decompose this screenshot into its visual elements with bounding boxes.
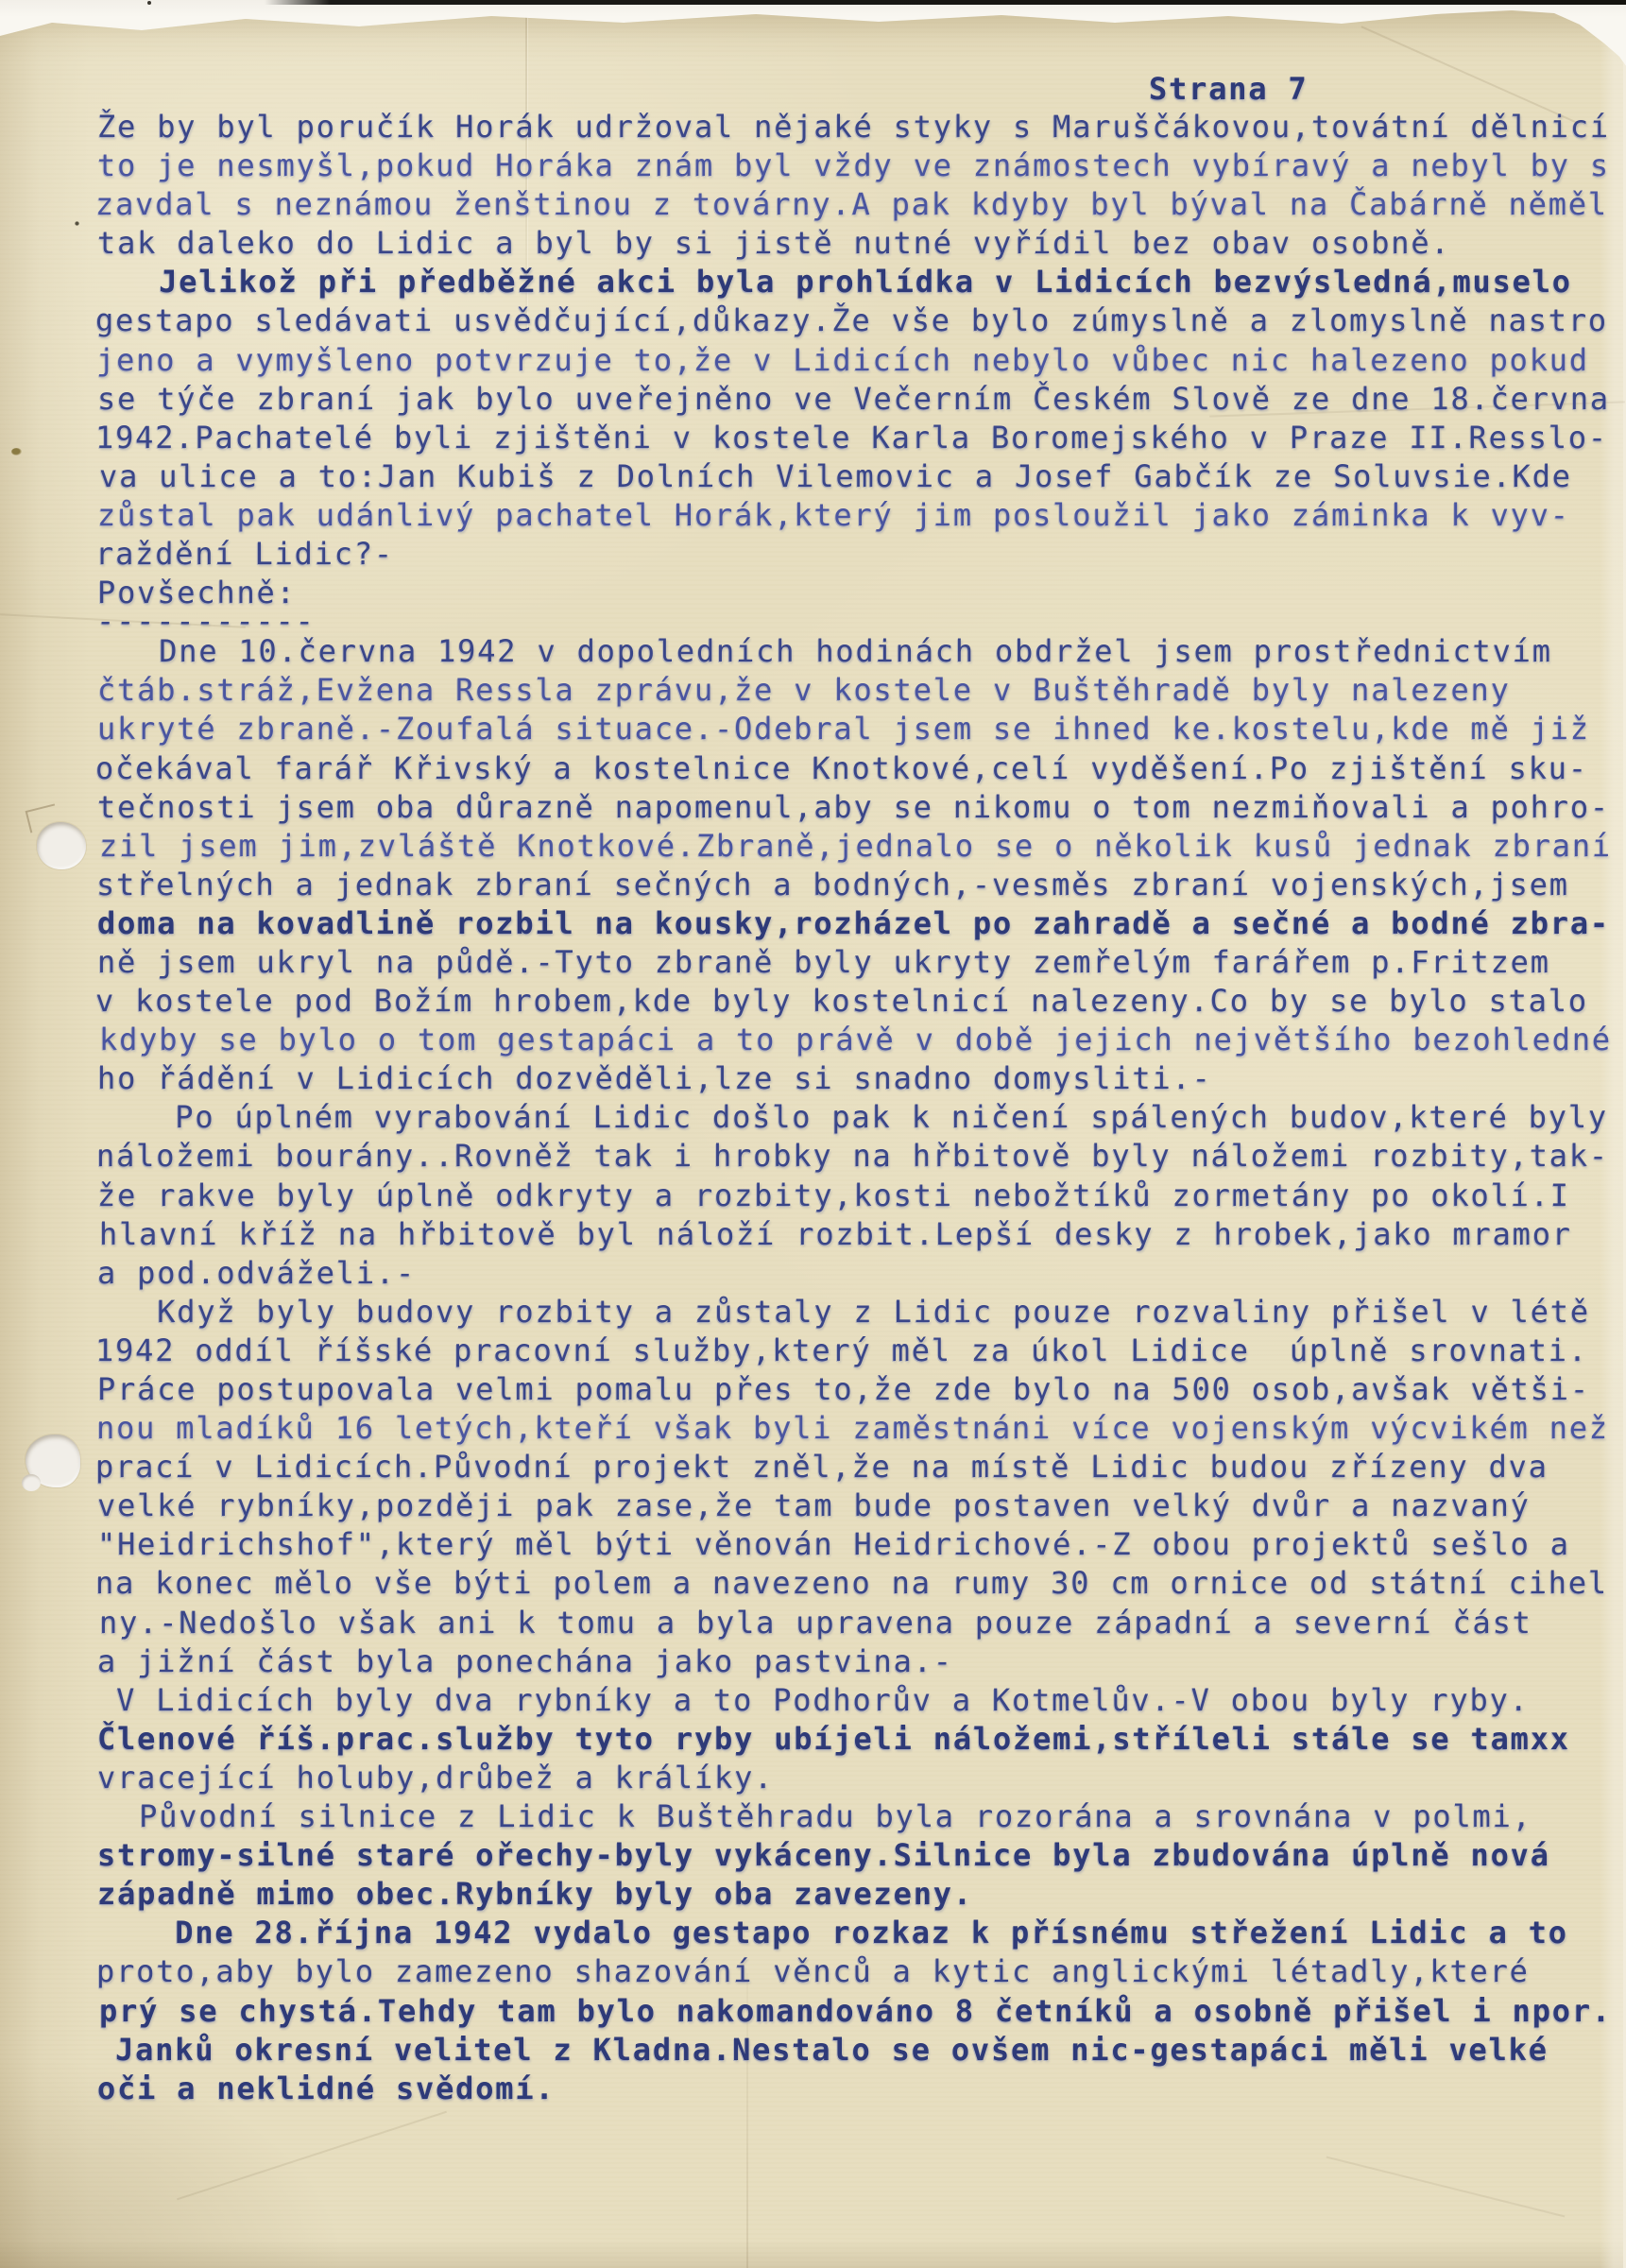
underline-dashes: ----------- [96, 612, 1626, 632]
typewritten-line: kdyby se bylo o tom gestapáci a to právě… [99, 1021, 1626, 1059]
typewritten-line: a jižní část byla ponechána jako pastvin… [97, 1642, 1626, 1681]
typewritten-line: prací v Lidicích.Původní projekt zněl,že… [95, 1448, 1626, 1486]
typewritten-line: západně mimo obec.Rybníky byly oba zavez… [97, 1875, 1626, 1914]
typewritten-line: Práce postupovala velmi pomalu přes to,ž… [97, 1370, 1626, 1409]
typewritten-line: V Lidicích byly dva rybníky a to Podhorů… [96, 1681, 1626, 1720]
document-scan: Strana 7 Že by byl poručík Horák udržova… [0, 0, 1626, 2268]
punch-hole-top [37, 822, 86, 869]
typewritten-line: čtáb.stráž,Evžena Ressla zprávu,že v kos… [97, 671, 1626, 710]
typewritten-line: ny.-Nedošlo však ani k tomu a byla uprav… [99, 1604, 1626, 1642]
typewritten-line: ně jsem ukryl na půdě.-Tyto zbraně byly … [97, 943, 1626, 982]
typewritten-line: "Heidrichshof",který měl býti věnován He… [97, 1525, 1626, 1564]
typewritten-line: hlavní kříž na hřbitově byl náloží rozbi… [99, 1215, 1626, 1254]
typewritten-line: vracející holuby,drůbež a králíky. [97, 1759, 1626, 1797]
dust-speck [147, 1, 151, 5]
paper-crease [177, 2111, 447, 2201]
typewritten-line: va ulice a to:Jan Kubiš z Dolních Vilemo… [99, 457, 1626, 496]
typewritten-line: prý se chystá.Tehdy tam bylo nakomandová… [99, 1992, 1626, 2031]
typewritten-line: 1942.Pachatelé byli zjištěni v kostele K… [95, 419, 1626, 457]
typewritten-line: Povšechně: [97, 574, 1626, 612]
typewritten-line: očekával farář Křivský a kostelnice Knot… [95, 749, 1626, 788]
typewritten-line: Dne 10.června 1942 v dopoledních hodinác… [99, 632, 1626, 671]
typewritten-line: raždění Lidic?- [95, 535, 1626, 574]
typewritten-line: Členové říš.prac.služby tyto ryby ubíjel… [97, 1720, 1626, 1759]
typewritten-line: velké rybníky,později pak zase,že tam bu… [97, 1486, 1626, 1525]
typewritten-line: na konec mělo vše býti polem a navezeno … [95, 1564, 1626, 1603]
typewritten-line: oči a neklidné svědomí. [97, 2070, 1626, 2108]
typewritten-line: doma na kovadlině rozbil na kousky,rozhá… [97, 904, 1626, 943]
paper-stain [11, 448, 22, 455]
typewritten-line: náložemi bourány..Rovněž tak i hrobky na… [96, 1137, 1626, 1176]
typewritten-line: ho řádění v Lidicích dozvěděli,lze si sn… [97, 1059, 1626, 1098]
punch-hole-bottom [26, 1435, 80, 1487]
page-number: Strana 7 [1149, 70, 1309, 109]
typewritten-line: 1942 oddíl říšské pracovní služby,který … [95, 1332, 1626, 1370]
paper-stain [75, 221, 79, 226]
typewritten-line: tečnosti jsem oba důrazně napomenul,aby … [97, 788, 1626, 827]
typewritten-line: Jelikož při předběžné akci byla prohlídk… [99, 263, 1626, 301]
typewritten-line: stromy-silné staré ořechy-byly vykáceny.… [97, 1836, 1626, 1875]
typewritten-line: se týče zbraní jak bylo uveřejněno ve Ve… [97, 380, 1626, 419]
typewritten-line: jeno a vymyšleno potvrzuje to,že v Lidic… [96, 341, 1626, 380]
typewritten-line: zavdal s neznámou ženštinou z továrny.A … [95, 185, 1626, 224]
typewritten-line: v kostele pod Božím hrobem,kde byly kost… [95, 982, 1626, 1021]
typewritten-line: Že by byl poručík Horák udržoval nějaké … [97, 108, 1626, 146]
typewritten-line: ukryté zbraně.-Zoufalá situace.-Odebral … [97, 710, 1626, 748]
typewritten-line: Janků okresní velitel z Kladna.Nestalo s… [95, 2031, 1626, 2070]
typewritten-line: Dne 28.října 1942 vydalo gestapo rozkaz … [95, 1914, 1626, 1952]
typewritten-line: nou mladíků 16 letých,kteří však byli za… [96, 1409, 1626, 1448]
typewritten-line: střelných a jednak zbraní sečných a bodn… [96, 866, 1626, 904]
typewritten-line: že rakve byly úplně odkryty a rozbity,ko… [97, 1177, 1626, 1215]
typewritten-body: Že by byl poručík Horák udržoval nějaké … [97, 108, 1626, 2108]
typewritten-line: tak daleko do Lidic a byl by si jistě nu… [97, 224, 1626, 263]
typewritten-line: to je nesmyšl,pokud Horáka znám byl vždy… [97, 146, 1626, 185]
typewritten-line: a pod.odváželi.- [97, 1254, 1626, 1293]
typewritten-line: gestapo sledávati usvědčující,důkazy.Že … [95, 301, 1626, 340]
typewritten-line: Původní silnice z Lidic k Buštěhradu byl… [99, 1797, 1626, 1836]
paper-crease [1326, 2156, 1566, 2218]
typewritten-line: zil jsem jim,zvláště Knotkové.Zbraně,jed… [99, 827, 1626, 866]
typewritten-line: Po úplném vyrabování Lidic došlo pak k n… [95, 1098, 1626, 1137]
typewritten-line: zůstal pak udánlivý pachatel Horák,který… [97, 496, 1626, 535]
typewritten-line: Když byly budovy rozbity a zůstaly z Lid… [97, 1293, 1626, 1332]
scanner-edge-line [265, 0, 1626, 5]
typewritten-line: proto,aby bylo zamezeno shazování věnců … [96, 1952, 1626, 1991]
paper-sheet: Strana 7 Že by byl poručík Horák udržova… [0, 8, 1626, 2268]
